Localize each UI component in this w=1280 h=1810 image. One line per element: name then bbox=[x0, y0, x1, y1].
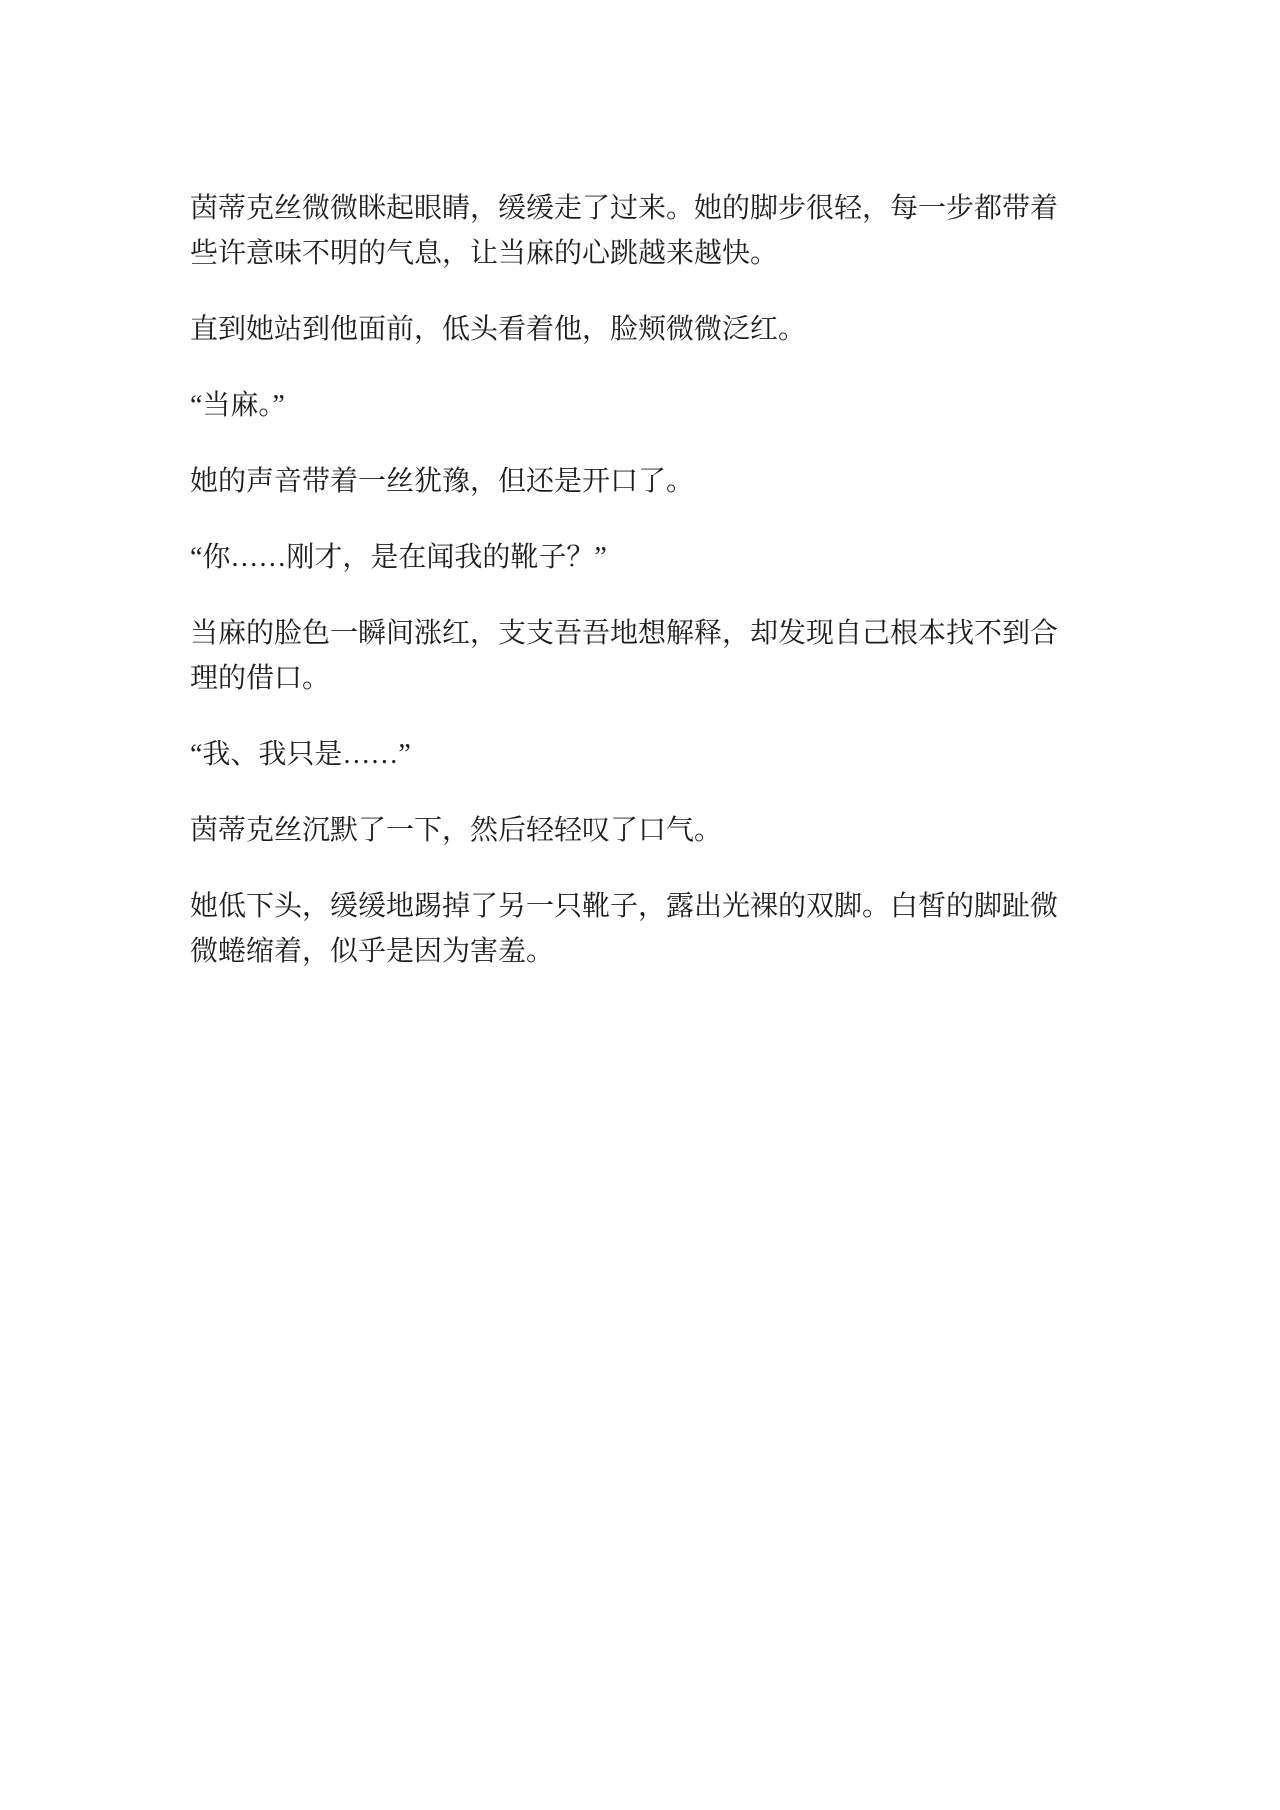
paragraph-6: 当麻的脸色一瞬间涨红，支支吾吾地想解释，却发现自己根本找不到合理的借口。 bbox=[190, 611, 1062, 701]
paragraph-9: 她低下头，缓缓地踢掉了另一只靴子，露出光裸的双脚。白皙的脚趾微微蜷缩着，似乎是因… bbox=[190, 884, 1062, 974]
paragraph-3-dialogue: “当麻。” bbox=[190, 383, 1062, 428]
paragraph-7-dialogue: “我、我只是……” bbox=[190, 732, 1062, 777]
paragraph-8: 茵蒂克丝沉默了一下，然后轻轻叹了口气。 bbox=[190, 808, 1062, 853]
paragraph-5-dialogue: “你……刚才，是在闻我的靴子？” bbox=[190, 535, 1062, 580]
paragraph-4: 她的声音带着一丝犹豫，但还是开口了。 bbox=[190, 459, 1062, 504]
paragraph-2: 直到她站到他面前，低头看着他，脸颊微微泛红。 bbox=[190, 307, 1062, 352]
paragraph-1: 茵蒂克丝微微眯起眼睛，缓缓走了过来。她的脚步很轻，每一步都带着些许意味不明的气息… bbox=[190, 186, 1062, 276]
document-page: 茵蒂克丝微微眯起眼睛，缓缓走了过来。她的脚步很轻，每一步都带着些许意味不明的气息… bbox=[0, 0, 1280, 1810]
text-block: 茵蒂克丝微微眯起眼睛，缓缓走了过来。她的脚步很轻，每一步都带着些许意味不明的气息… bbox=[190, 186, 1062, 1005]
